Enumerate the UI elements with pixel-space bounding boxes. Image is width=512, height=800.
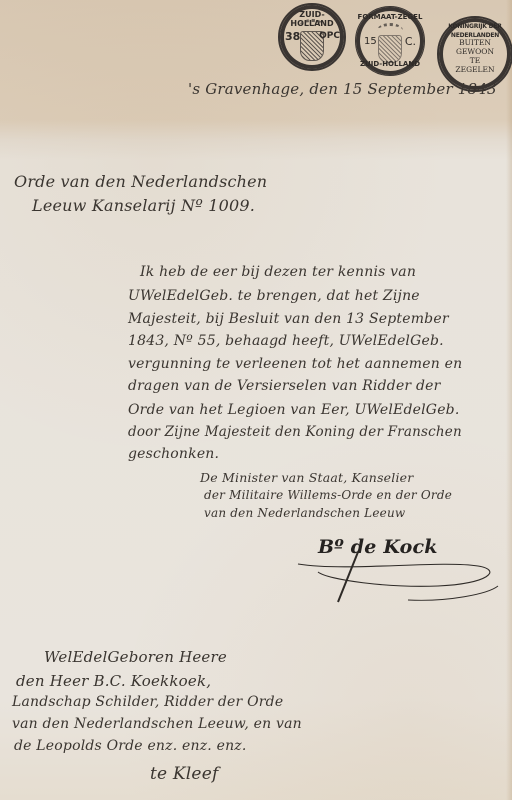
body-line: UWelEdelGeb. te brengen, dat het Zijne <box>128 288 420 304</box>
body-line: geschonken. <box>128 446 219 462</box>
body-line: door Zijne Majesteit den Koning der Fran… <box>128 424 462 440</box>
signatory-title-line: De Minister van Staat, Kanselier <box>200 470 413 485</box>
address-line: van den Nederlandschen Leeuw, en van <box>12 716 302 732</box>
signatory-title-line: van den Nederlandschen Leeuw <box>204 506 405 520</box>
signature-flourish <box>288 550 508 610</box>
stamp-center-line: TE <box>439 56 511 65</box>
address-line: Landschap Schilder, Ridder der Orde <box>12 694 283 710</box>
body-line: Ik heb de eer bij dezen ter kennis van <box>140 264 416 280</box>
heading-line-2: Leeuw Kanselarij Nº 1009. <box>32 196 255 215</box>
tax-stamp-zuid-holland: ZUID-HOLLAND 38 OPC <box>278 3 346 71</box>
stamp-right-value: OPC <box>319 31 340 41</box>
stamp-bottom-text: ZUID-HOLLAND <box>356 60 424 69</box>
stamp-center-line: ZEGELEN <box>439 65 511 74</box>
paper-edge <box>506 0 512 800</box>
body-line: dragen van de Versierselen van Ridder de… <box>128 378 441 394</box>
dateline: 's Gravenhage, den 15 September 1843 <box>188 80 497 98</box>
signatory-title-line: der Militaire Willems-Orde en der Orde <box>204 488 452 502</box>
body-line: 1843, Nº 55, behaagd heeft, UWelEdelGeb. <box>128 333 444 349</box>
stamp-left-value: 38 <box>285 30 300 43</box>
stamp-center-line: GEWOON <box>439 47 511 56</box>
stamp-center-line: BUITEN <box>439 38 511 47</box>
body-line: vergunning te verleenen tot het aannemen… <box>128 356 462 372</box>
address-line: de Leopolds Orde enz. enz. enz. <box>14 738 247 754</box>
address-line: WelEdelGeboren Heere <box>44 648 227 666</box>
address-line: den Heer B.C. Koekkoek, <box>16 672 211 690</box>
body-line: Majesteit, bij Besluit van den 13 Septem… <box>128 311 449 327</box>
stamp-top-text: FORMAAT-ZEGEL <box>356 13 424 22</box>
heading-line-1: Orde van den Nederlandschen <box>14 172 267 191</box>
body-line: Orde van het Legioen van Eer, UWelEdelGe… <box>128 402 460 418</box>
tax-stamp-formaat-zegel: FORMAAT-ZEGEL 15 C. ZUID-HOLLAND <box>355 6 425 76</box>
document-page: ZUID-HOLLAND 38 OPC FORMAAT-ZEGEL 15 C. … <box>0 0 512 800</box>
address-destination: te Kleef <box>150 764 218 784</box>
signature: Bº de Kock <box>318 536 438 558</box>
stamp-left-value: 15 <box>364 36 377 47</box>
stamp-right-value: C. <box>405 35 416 48</box>
coat-of-arms-icon <box>378 35 402 63</box>
